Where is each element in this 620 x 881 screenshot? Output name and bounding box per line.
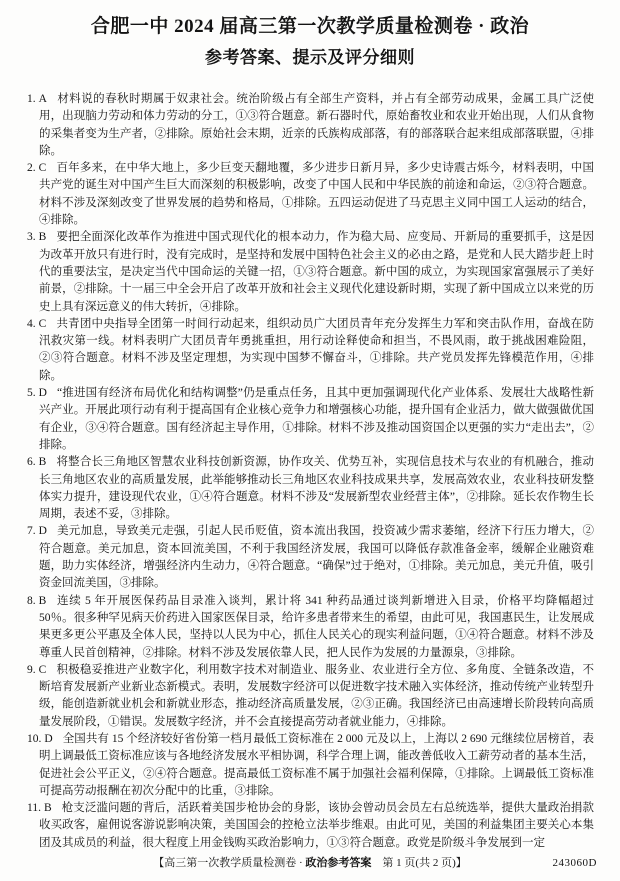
- item-answer-letter: B: [44, 802, 52, 814]
- item-explanation: 要把全面深化改革作为推进中国式现代化的根本动力，作为稳大局、应变局、开新局的重要…: [39, 231, 594, 312]
- item-explanation: 全国共有 15 个经济较好省份第一档月最低工资标准在 2 000 元及以上，上海…: [39, 733, 594, 797]
- item-explanation: 材料说的春秋时期属于奴隶社会。统治阶级占有全部生产资料，并占有全部劳动成果，金属…: [39, 93, 594, 157]
- answer-item-5: 5.D“推进国有经济布局优化和结构调整”仍是重点任务，且其中更加强调现代化产业体…: [27, 385, 594, 454]
- answer-item-11: 11.B枪支泛滥问题的背后，活跃着美国步枪协会的身影，该协会曾动员会员左右总统选…: [27, 800, 594, 852]
- item-number: 9.: [27, 664, 36, 676]
- answer-item-8: 8.B连续 5 年开展医保药品目录准入谈判，累计将 341 种药品通过谈判新增进…: [27, 593, 594, 662]
- item-answer-letter: C: [39, 162, 47, 174]
- footer-label-prefix: 【高三第一次教学质量检测卷 ·: [153, 857, 305, 869]
- answer-item-1: 1.A材料说的春秋时期属于奴隶社会。统治阶级占有全部生产资料，并占有全部劳动成果…: [27, 91, 594, 160]
- page-footer: 【高三第一次教学质量检测卷 · 政治参考答案 第 1 页(共 2 页)】: [0, 854, 620, 869]
- answer-item-6: 6.B将整合长三角地区智慧农业科技创新资源，协作攻关、优势互补，实现信息技术与农…: [27, 454, 594, 523]
- item-answer-letter: C: [39, 318, 47, 330]
- item-number: 11.: [27, 802, 41, 814]
- item-number: 1.: [27, 93, 36, 105]
- item-answer-letter: B: [39, 595, 47, 607]
- item-answer-letter: D: [39, 387, 47, 399]
- page-title: 合肥一中 2024 届高三第一次教学质量检测卷 · 政治: [0, 11, 620, 38]
- item-number: 6.: [27, 456, 36, 468]
- item-number: 2.: [27, 162, 36, 174]
- item-number: 4.: [27, 318, 36, 330]
- item-explanation: 连续 5 年开展医保药品目录准入谈判，累计将 341 种药品通过谈判新增进入目录…: [39, 595, 594, 659]
- item-number: 7.: [27, 525, 36, 537]
- item-explanation: 共青团中央指导全团第一时间行动起来，组织动员广大团员青年充分发挥生力军和突击队作…: [39, 318, 594, 382]
- item-explanation: 枪支泛滥问题的背后，活跃着美国步枪协会的身影，该协会曾动员会员左右总统选举，提供…: [39, 802, 594, 849]
- answer-item-2: 2.C百年多来，在中华大地上，多少巨变天翻地覆，多少进步日新月异，多少史诗震古烁…: [27, 160, 594, 229]
- answer-item-9: 9.C积极稳妥推进产业数字化，利用数字技术对制造业、服务业、农业进行全方位、多角…: [27, 662, 594, 731]
- item-number: 5.: [27, 387, 36, 399]
- answers-list: 1.A材料说的春秋时期属于奴隶社会。统治阶级占有全部生产资料，并占有全部劳动成果…: [27, 91, 594, 852]
- answer-item-4: 4.C共青团中央指导全团第一时间行动起来，组织动员广大团员青年充分发挥生力军和突…: [27, 316, 594, 385]
- item-answer-letter: D: [44, 733, 52, 745]
- footer-page-info: 第 1 页(共 2 页)】: [371, 857, 466, 869]
- item-explanation: 将整合长三角地区智慧农业科技创新资源，协作攻关、优势互补，实现信息技术与农业的有…: [39, 456, 594, 520]
- item-explanation: “推进国有经济布局优化和结构调整”仍是重点任务，且其中更加强调现代化产业体系、发…: [39, 387, 594, 451]
- item-answer-letter: C: [39, 664, 47, 676]
- footer-code: 243060D: [553, 857, 597, 869]
- answer-sheet-page: 合肥一中 2024 届高三第一次教学质量检测卷 · 政治 参考答案、提示及评分细…: [0, 0, 620, 881]
- answer-item-10: 10.D全国共有 15 个经济较好省份第一档月最低工资标准在 2 000 元及以…: [27, 731, 594, 800]
- item-explanation: 美元加息，导致美元走强，引起人民币贬值，资本流出我国，投资减少需求萎缩，经济下行…: [39, 525, 594, 589]
- item-answer-letter: B: [39, 231, 47, 243]
- answer-item-3: 3.B要把全面深化改革作为推进中国式现代化的根本动力，作为稳大局、应变局、开新局…: [27, 229, 594, 315]
- answer-item-7: 7.D美元加息，导致美元走强，引起人民币贬值，资本流出我国，投资减少需求萎缩，经…: [27, 523, 594, 592]
- item-number: 8.: [27, 595, 36, 607]
- item-answer-letter: D: [39, 525, 47, 537]
- item-explanation: 积极稳妥推进产业数字化，利用数字技术对制造业、服务业、农业进行全方位、多角度、全…: [39, 664, 594, 728]
- page-subtitle: 参考答案、提示及评分细则: [0, 43, 620, 68]
- item-explanation: 百年多来，在中华大地上，多少巨变天翻地覆，多少进步日新月异，多少史诗震古烁今，材…: [39, 162, 594, 226]
- item-number: 3.: [27, 231, 36, 243]
- footer-label-bold: 政治参考答案: [305, 857, 371, 869]
- item-answer-letter: B: [39, 456, 47, 468]
- item-answer-letter: A: [39, 93, 47, 105]
- item-number: 10.: [27, 733, 41, 745]
